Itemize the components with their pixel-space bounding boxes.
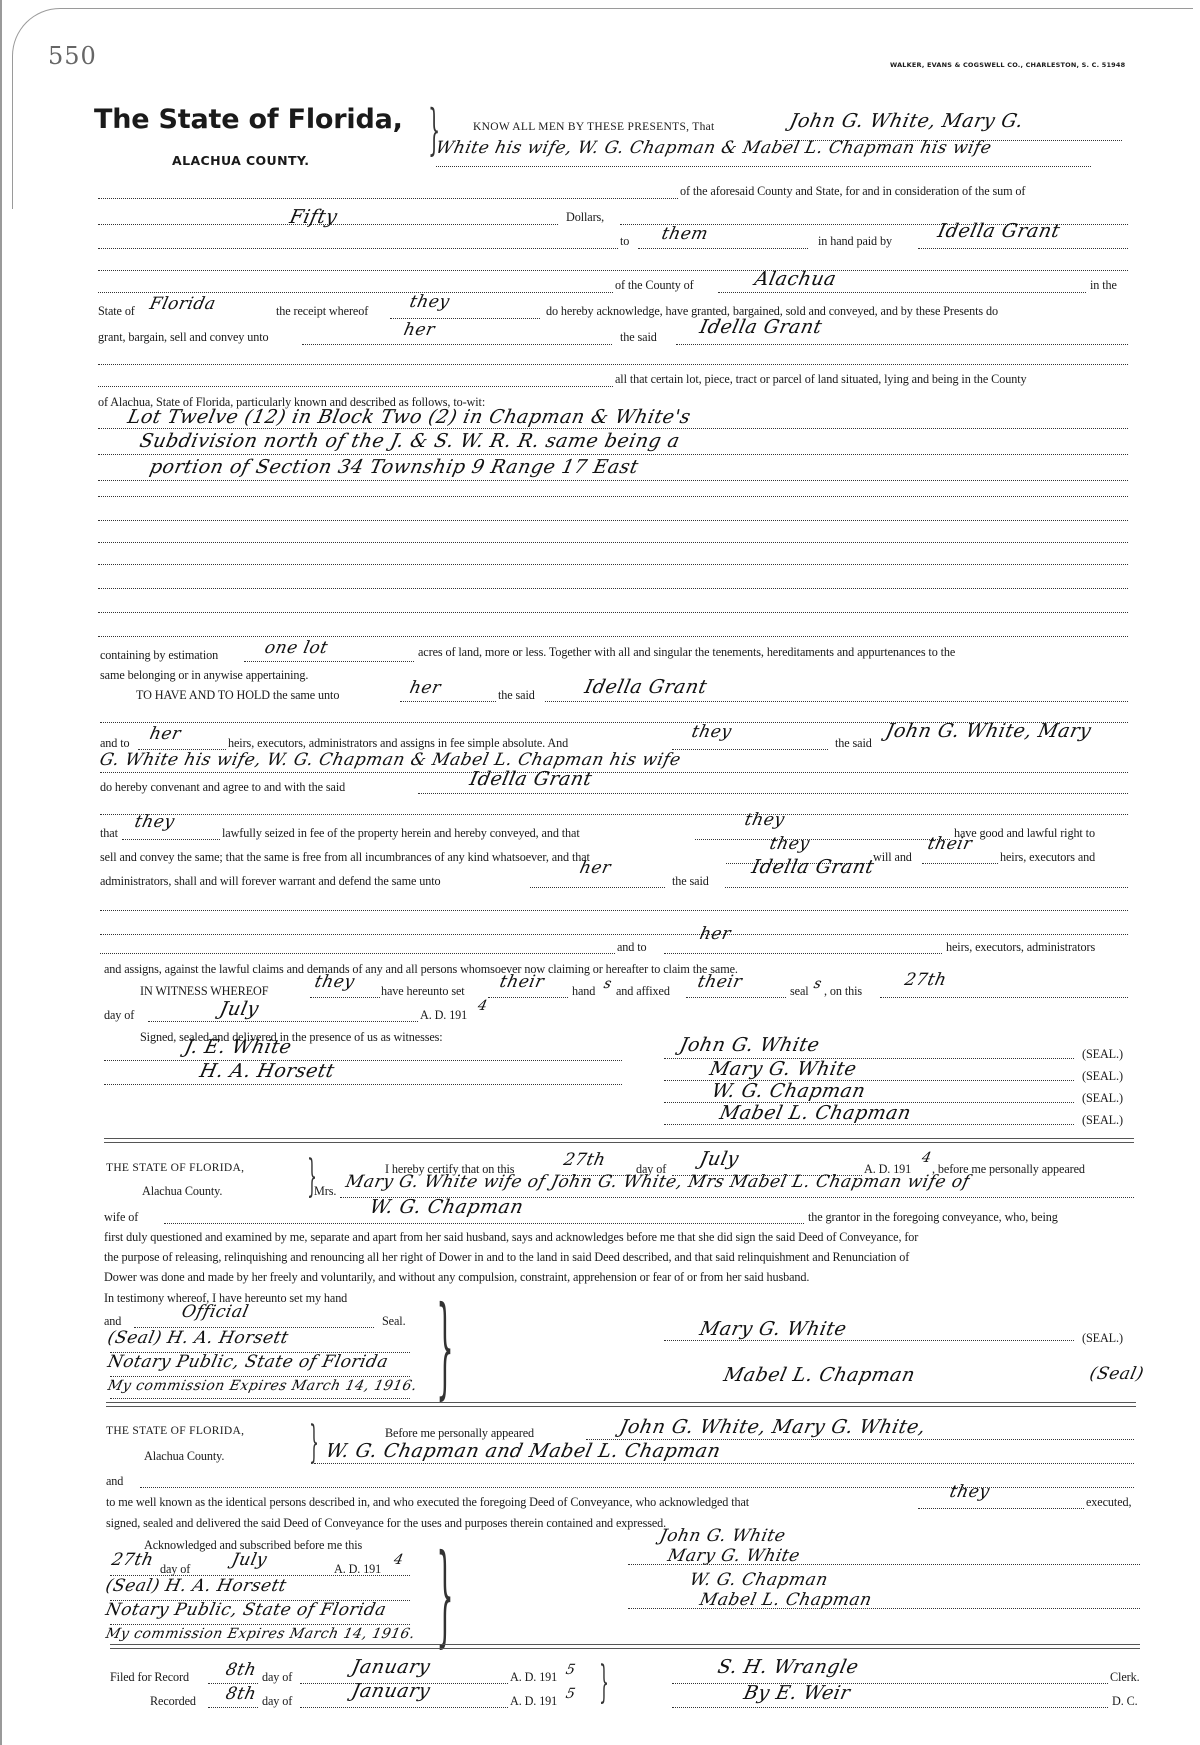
and-to-label: and to [100, 736, 130, 751]
day-written: 27th [903, 970, 949, 990]
ack-signature-1: John G. White [658, 1526, 788, 1546]
county-written: Alachua [753, 268, 839, 290]
recorded-day-of: day of [262, 1694, 292, 1709]
recorded-year-digit: 5 [564, 1686, 577, 1702]
ack-and-label: and [106, 1474, 123, 1489]
admins-grantee-written: Idella Grant [750, 856, 877, 878]
seal-label: seal [790, 984, 809, 999]
ack-signature-2: Mary G. White [666, 1546, 802, 1566]
county-heading: ALACHUA COUNTY. [172, 153, 309, 168]
executed-label: executed, [1086, 1495, 1131, 1510]
dower-state: THE STATE OF FLORIDA, [106, 1162, 244, 1174]
in-the-label: in the [1090, 278, 1117, 293]
admins-unto-written: her [578, 858, 613, 878]
dower-body-3: Dower was done and made by her freely an… [104, 1270, 809, 1285]
known-text: to me well known as the identical person… [106, 1495, 749, 1510]
recorded-ad: A. D. 191 [510, 1694, 557, 1709]
intro-text: KNOW ALL MEN BY THESE PRESENTS, That [473, 121, 715, 133]
signature-2: Mary G. White [708, 1058, 859, 1080]
habendum-said-label: the said [498, 688, 535, 703]
dower-seal-1: (SEAL.) [1082, 1331, 1123, 1346]
recorded-label: Recorded [150, 1694, 196, 1709]
affixed-written: their [696, 972, 744, 992]
land-text: all that certain lot, piece, tract or pa… [615, 372, 1026, 387]
dower-day-written: 27th [562, 1150, 608, 1170]
county-of-label: of the County of [615, 278, 694, 293]
wife-of-written: W. G. Chapman [368, 1196, 526, 1218]
clerk-label: Clerk. [1110, 1670, 1140, 1685]
acreage-written: one lot [263, 638, 330, 658]
ack-notary-2: Notary Public, State of Florida [104, 1600, 388, 1620]
admins-text: administrators, shall and will forever w… [100, 874, 440, 889]
to-label: to [620, 234, 629, 249]
habendum-label: TO HAVE AND TO HOLD the same unto [136, 688, 339, 703]
dower-and-label: and [104, 1314, 121, 1329]
ack-notary-brace: } [436, 1534, 454, 1654]
to-written: them [660, 224, 710, 244]
ack-notary-3: My commission Expires March 14, 1916. [104, 1626, 416, 1642]
state-written: Florida [148, 294, 218, 314]
and-to2-written: her [698, 924, 733, 944]
hand-label: hand [572, 984, 595, 999]
seal-3: (SEAL.) [1082, 1091, 1123, 1106]
and-to2-label: and to [617, 940, 647, 955]
ack-state: THE STATE OF FLORIDA, [106, 1425, 244, 1437]
seal-1: (SEAL.) [1082, 1047, 1123, 1062]
paid-by-written: Idella Grant [936, 220, 1063, 242]
page-number: 550 [48, 42, 97, 70]
ack-day-of-label: day of [160, 1562, 190, 1577]
grantors-line2: White his wife, W. G. Chapman & Mabel L.… [434, 138, 994, 158]
covenant-grantors-line2: G. White his wife, W. G. Chapman & Mabel… [98, 750, 683, 770]
aforesaid-text: of the aforesaid County and State, for a… [680, 184, 1025, 199]
document-title: The State of Florida, [94, 104, 403, 135]
section-divider-3 [110, 1644, 1140, 1649]
witness-2: H. A. Horsett [198, 1060, 337, 1082]
dower-notary-2: Notary Public, State of Florida [106, 1352, 390, 1372]
ack-signature-4: Mabel L. Chapman [698, 1590, 874, 1610]
covenant-label: do hereby convenant and agree to and wit… [100, 780, 345, 795]
ack-brace: } [309, 1418, 319, 1468]
dower-body-1: first duly questioned and examined by me… [104, 1230, 918, 1245]
wife-of-label: wife of [104, 1210, 138, 1225]
dollars-label: Dollars, [566, 210, 604, 225]
section-divider-2 [106, 1402, 1136, 1407]
dower-county: Alachua County. [142, 1184, 222, 1199]
on-this-label: , on this [824, 984, 862, 999]
covenant-grantee-written: Idella Grant [468, 768, 595, 790]
ack-year-digit: 4 [392, 1552, 405, 1568]
deed-page: 550 WALKER, EVANS & COGSWELL CO., CHARLE… [0, 0, 1200, 1745]
grantors-line1: John G. White, Mary G. [788, 110, 1026, 132]
dower-month-written: July [698, 1148, 741, 1170]
filing-brace: } [599, 1658, 609, 1708]
affixed-label: and affixed [616, 984, 670, 999]
grant-unto-written: her [402, 320, 437, 340]
official-written: Official [180, 1302, 251, 1322]
grant-label: grant, bargain, sell and convey unto [98, 330, 268, 345]
description-line-2: Subdivision north of the J. & S. W. R. R… [138, 430, 682, 452]
year-digit: 4 [476, 998, 489, 1014]
seal-suffix: s [812, 976, 823, 992]
filed-month: January [350, 1656, 433, 1678]
the-said-label: the said [620, 330, 657, 345]
receipt-written: they [408, 292, 452, 312]
filed-day-of: day of [262, 1670, 292, 1685]
recorded-month: January [350, 1680, 433, 1702]
right-text: have good and lawful right to [954, 826, 1095, 841]
witness-label: IN WITNESS WHEREOF [140, 984, 268, 999]
month-written: July [218, 998, 261, 1020]
hereunto-written: their [498, 972, 546, 992]
signature-1: John G. White [678, 1034, 822, 1056]
recorded-day: 8th [224, 1684, 258, 1704]
dower-seal-2: (Seal) [1088, 1364, 1146, 1384]
and-written: they [690, 722, 734, 742]
receipt-label: the receipt whereof [276, 304, 368, 319]
that-written: they [133, 812, 177, 832]
paid-by-label: in hand paid by [818, 234, 892, 249]
ack-signature-3: W. G. Chapman [688, 1570, 830, 1590]
grantee-written: Idella Grant [698, 316, 825, 338]
dower-signature-2: Mabel L. Chapman [722, 1364, 918, 1386]
that-label: that [100, 826, 118, 841]
heirs-text: heirs, executors, administrators and ass… [228, 736, 568, 751]
acres-text: acres of land, more or less. Together wi… [418, 645, 955, 660]
will-and-written: their [926, 834, 974, 854]
ack-day-written: 27th [110, 1550, 156, 1570]
dower-body-2: the purpose of releasing, relinquishing … [104, 1250, 909, 1265]
covenant-grantors-line1: John G. White, Mary [884, 720, 1094, 742]
sum-written: Fifty [288, 206, 340, 228]
ack-appeared-line1: John G. White, Mary G. White, [618, 1416, 928, 1438]
filed-label: Filed for Record [110, 1670, 189, 1685]
known-written: they [948, 1482, 992, 1502]
sell-written: they [768, 834, 812, 854]
dower-notary-1: (Seal) H. A. Horsett [106, 1328, 291, 1348]
mrs-written: Mary G. White wife of John G. White, Mrs… [344, 1172, 972, 1192]
signature-4: Mabel L. Chapman [718, 1102, 914, 1124]
clerk-signature: S. H. Wrangle [716, 1656, 861, 1678]
seized-text: lawfully seized in fee of the property h… [222, 826, 580, 841]
heirs-exec-text: heirs, executors and [1000, 850, 1095, 865]
day-of-label: day of [104, 1008, 134, 1023]
state-of-label: State of [98, 304, 135, 319]
seized-written: they [743, 810, 787, 830]
seal-4: (SEAL.) [1082, 1113, 1123, 1128]
the-said-grantors-label: the said [835, 736, 872, 751]
ack-notary-1: (Seal) H. A. Horsett [104, 1576, 289, 1596]
filed-ad: A. D. 191 [510, 1670, 557, 1685]
will-and-label: will and [873, 850, 912, 865]
belonging-text: same belonging or in anywise appertainin… [100, 668, 308, 683]
assigns-text: and assigns, against the lawful claims a… [104, 962, 738, 977]
ack-appeared-line2: W. G. Chapman and Mabel L. Chapman [324, 1440, 723, 1462]
scan-edge [0, 0, 2, 1745]
containing-label: containing by estimation [100, 648, 218, 663]
ack-ad-label: A. D. 191 [334, 1562, 381, 1577]
printer-imprint: WALKER, EVANS & COGSWELL CO., CHARLESTON… [890, 61, 1125, 69]
deputy-signature: By E. Weir [742, 1682, 853, 1704]
description-line-3: portion of Section 34 Township 9 Range 1… [148, 456, 641, 478]
heirs-exec2-text: heirs, executors, administrators [946, 940, 1095, 955]
description-line-1: Lot Twelve (12) in Block Two (2) in Chap… [126, 406, 693, 428]
notary-brace: } [436, 1286, 454, 1406]
ack-signed-text: signed, sealed and delivered the said De… [106, 1516, 666, 1531]
ad-label: A. D. 191 [420, 1008, 467, 1023]
habendum-unto-written: her [408, 678, 443, 698]
and-to-written: her [148, 724, 183, 744]
admins-said-label: the said [672, 874, 709, 889]
ack-county: Alachua County. [144, 1449, 224, 1464]
filed-year-digit: 5 [564, 1662, 577, 1678]
mrs-label: Mrs. [314, 1184, 336, 1199]
section-divider [104, 1138, 1134, 1143]
dower-notary-3: My commission Expires March 14, 1916. [106, 1378, 418, 1394]
witness-1: J. E. White [183, 1036, 294, 1058]
ack-month-written: July [230, 1550, 269, 1570]
ack-appeared-label: Before me personally appeared [385, 1426, 534, 1441]
grantor-text: the grantor in the foregoing conveyance,… [808, 1210, 1058, 1225]
witness-written: they [313, 972, 357, 992]
sell-text: sell and convey the same; that the same … [100, 850, 590, 865]
habendum-grantee-written: Idella Grant [583, 676, 710, 698]
hereunto-label: have hereunto set [381, 984, 465, 999]
deputy-label: D. C. [1112, 1694, 1138, 1709]
filed-day: 8th [224, 1660, 258, 1680]
dower-signature-1: Mary G. White [698, 1318, 849, 1340]
dower-seal-label: Seal. [382, 1314, 406, 1329]
hand-suffix: s [602, 976, 613, 992]
seal-2: (SEAL.) [1082, 1069, 1123, 1084]
signature-3: W. G. Chapman [710, 1080, 868, 1102]
